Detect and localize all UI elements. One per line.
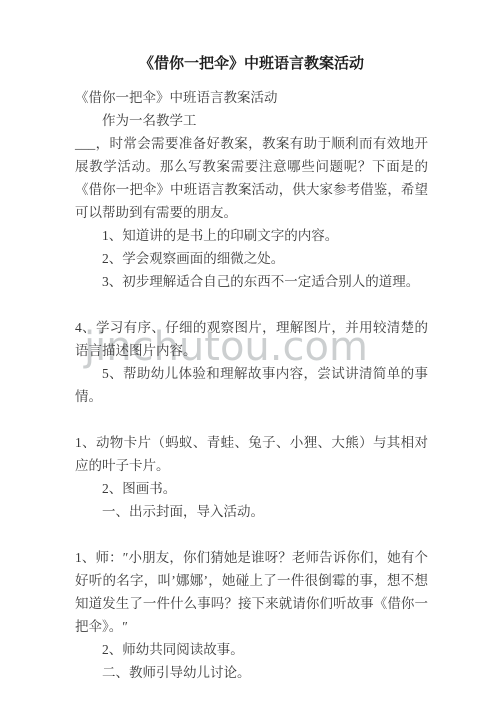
paragraph-goal-5: 5、帮助幼儿体验和理解故事内容，尝试讲清简单的事情。 xyxy=(75,362,428,408)
paragraph-goal-3: 3、初步理解适合自己的东西不一定适合别人的道理。 xyxy=(75,270,428,293)
paragraph-material-2: 2、图画书。 xyxy=(75,477,428,500)
paragraph-subtitle: 《借你一把伞》中班语言教案活动 xyxy=(75,86,428,109)
document-title: 《借你一把伞》中班语言教案活动 xyxy=(75,52,428,76)
paragraph-goal-4: 4、学习有序、仔细的观察图片，理解图片，并用较清楚的语言描述图片内容。 xyxy=(75,316,428,362)
paragraph-teacher-speech: 1、师：″小朋友，你们猜她是谁呀？老师告诉你们，她有个好听的名字，叫’娜娜’，她… xyxy=(75,546,428,638)
document-content: 《借你一把伞》中班语言教案活动 《借你一把伞》中班语言教案活动 作为一名教学工 … xyxy=(75,52,428,684)
paragraph-goal-1: 1、知道讲的是书上的印刷文字的内容。 xyxy=(75,224,428,247)
paragraph-step-1-2: 2、师幼共同阅读故事。 xyxy=(75,638,428,661)
document-page: jinchutou.com 《借你一把伞》中班语言教案活动 《借你一把伞》中班语… xyxy=(0,0,500,708)
paragraph-material-1: 1、动物卡片（蚂蚁、青蛙、兔子、小狸、大熊）与其相对应的叶子卡片。 xyxy=(75,431,428,477)
paragraph-intro-body: ___，时常会需要准备好教案，教案有助于顺利而有效地开展教学活动。那么写教案需要… xyxy=(75,132,428,224)
paragraph-step-2-heading: 二、教师引导幼儿讨论。 xyxy=(75,661,428,684)
paragraph-step-1-heading: 一、出示封面，导入活动。 xyxy=(75,500,428,523)
paragraph-intro-lead: 作为一名教学工 xyxy=(75,109,428,132)
paragraph-goal-2: 2、学会观察画面的细微之处。 xyxy=(75,247,428,270)
